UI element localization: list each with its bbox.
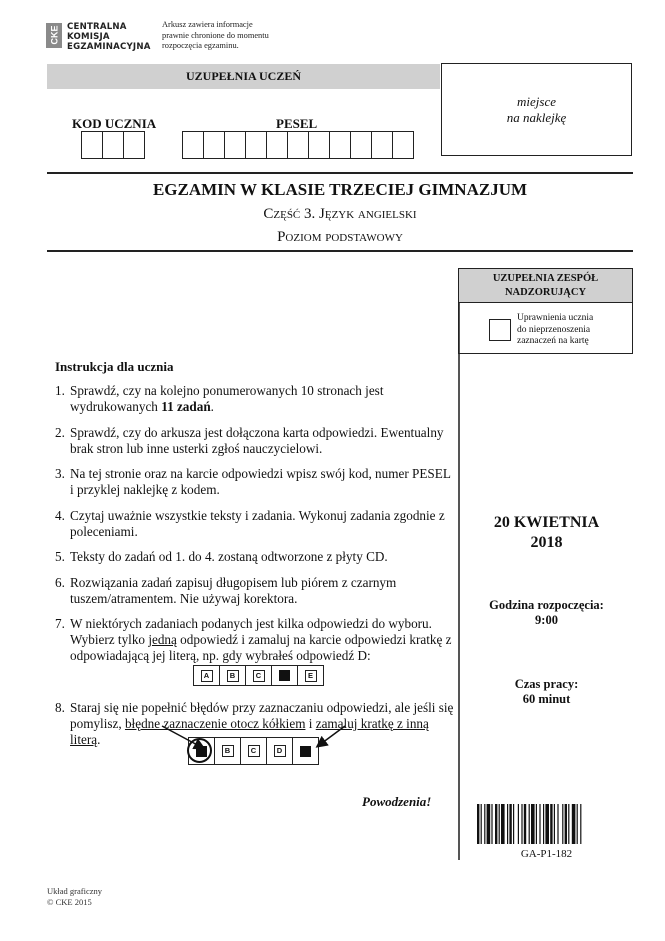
footer: Układ graficzny © CKE 2015 (47, 886, 102, 907)
closing-message: Powodzenia! (362, 794, 431, 810)
arrow-icon (0, 0, 665, 941)
